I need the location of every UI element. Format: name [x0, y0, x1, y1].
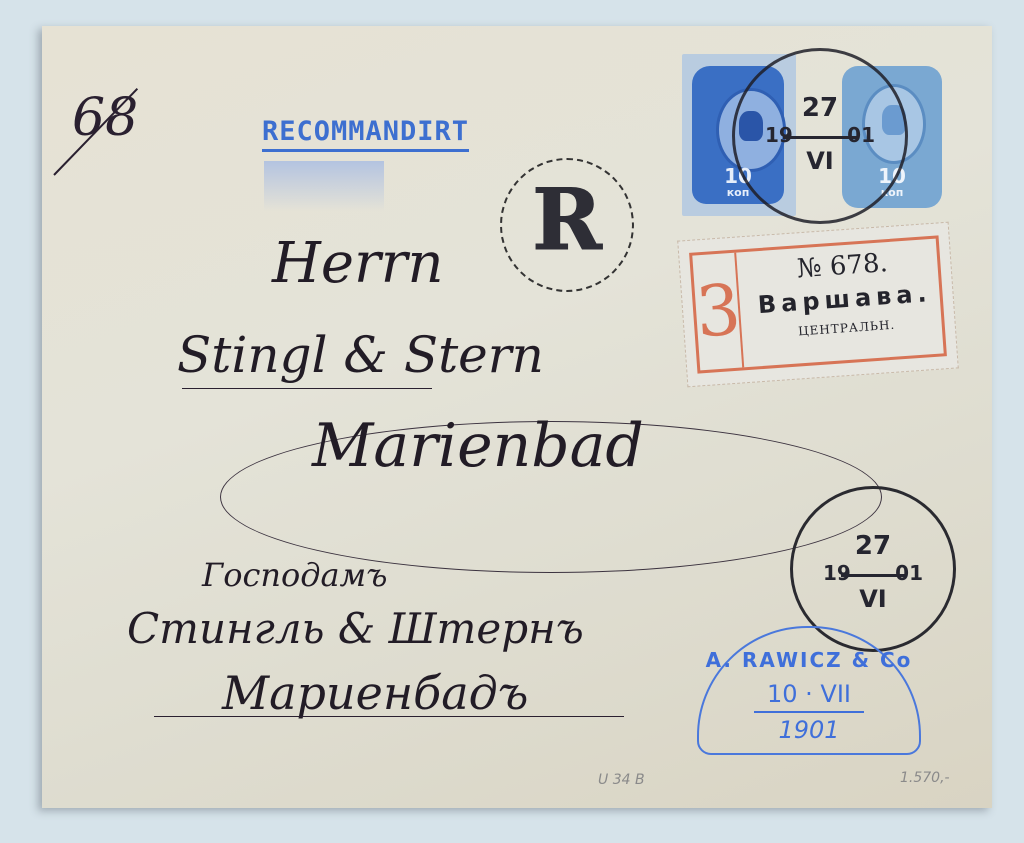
underline	[154, 716, 624, 717]
postmark-day: 27	[793, 531, 953, 561]
pencil-catalog-note: U 34 B	[598, 772, 645, 788]
address-line-herrn: Herrn	[272, 231, 444, 296]
cachet-date: 10 · VII	[699, 680, 919, 708]
postmark-year-right: 01	[847, 123, 875, 147]
label-office: ЦЕНТРАЛЬН.	[757, 315, 936, 341]
registered-handstamp: RECOMMANDIRT	[262, 116, 469, 152]
postmark-month: VI	[735, 147, 905, 175]
postmark-day: 27	[735, 93, 905, 123]
envelope: 68 RECOMMANDIRT R 10 коп 10 коп 27 19 01…	[42, 26, 992, 808]
cachet-rule	[754, 711, 864, 713]
departure-postmark: 27 19 01 VI	[732, 48, 908, 224]
label-class-mark: 3	[692, 253, 744, 371]
postmark-year-left: 19	[823, 561, 851, 585]
cachet-firm-name: A. RAWICZ & Co	[699, 648, 919, 672]
address-line-firm: Stingl & Stern	[177, 326, 544, 384]
russian-address-line-2: Стингль & Штернъ	[127, 604, 584, 653]
russian-address-line-3: Мариенбадъ	[222, 666, 528, 720]
registration-r-cachet: R	[500, 158, 634, 292]
registration-letter: R	[502, 170, 632, 269]
ink-smear	[264, 161, 384, 211]
russian-address-line-1: Господамъ	[202, 556, 387, 594]
postmark-bar	[783, 136, 857, 139]
underline	[182, 388, 432, 389]
postmark-month: VI	[793, 585, 953, 613]
address-line-city: Marienbad	[312, 411, 644, 481]
registration-label: 3 № 678. Варшава. ЦЕНТРАЛЬН.	[677, 222, 959, 388]
postmark-year-right: 01	[895, 561, 923, 585]
pencil-price-note: 1.570,-	[900, 770, 950, 786]
cachet-year: 1901	[699, 716, 919, 744]
postmark-year-left: 19	[765, 123, 793, 147]
